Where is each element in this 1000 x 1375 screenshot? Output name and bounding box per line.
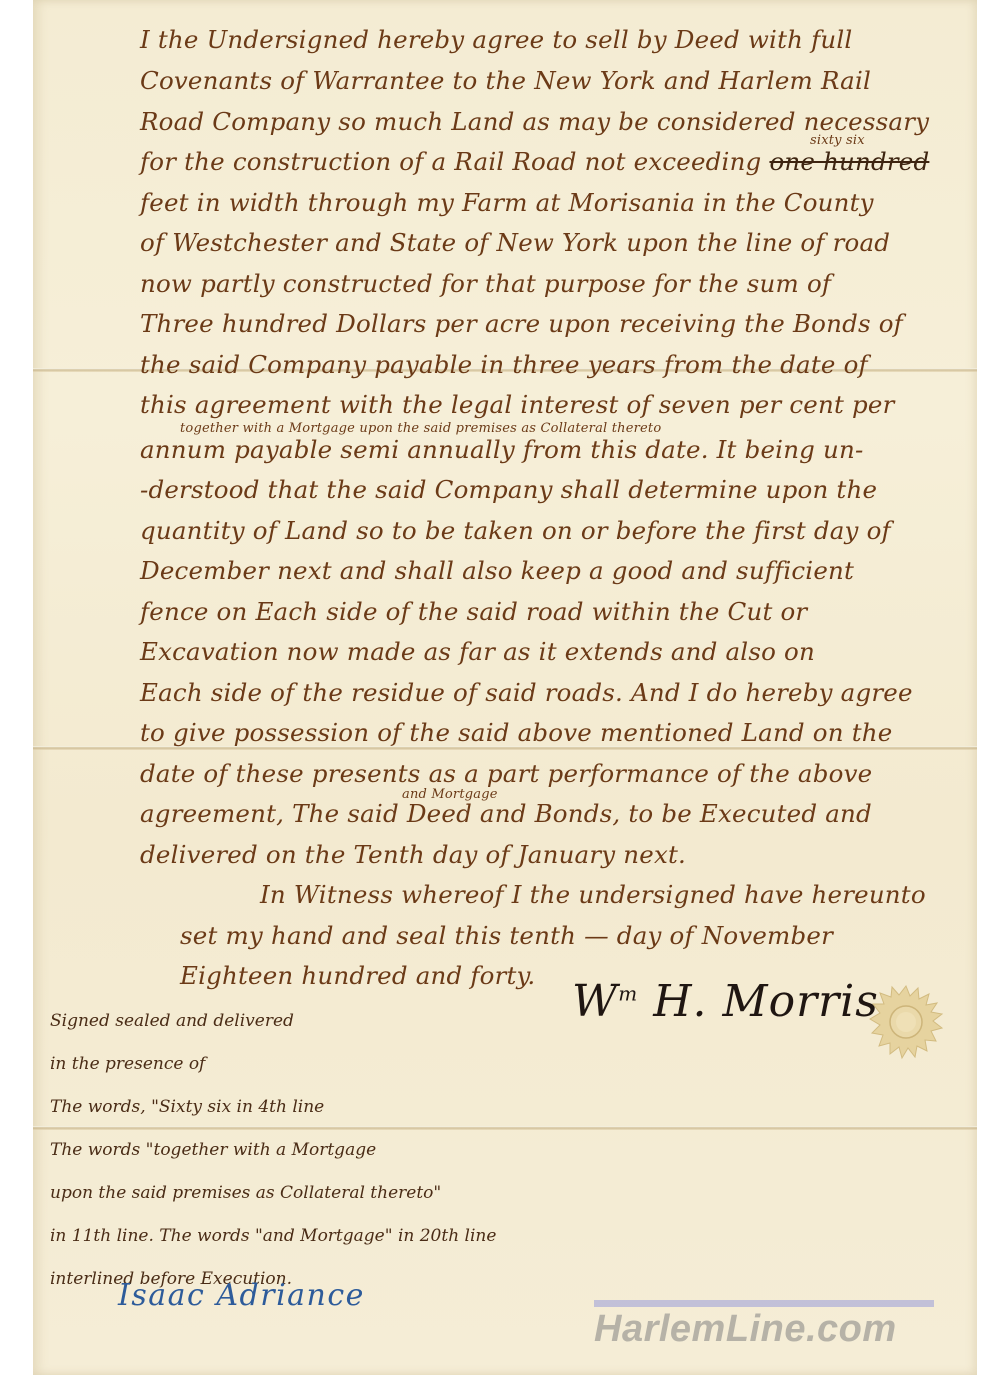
text-line: In Witness whereof I the undersigned hav… <box>140 875 970 916</box>
text-line-part: annum payable semi annually from this da… <box>140 435 863 464</box>
text-line: -derstood that the said Company shall de… <box>140 470 970 511</box>
grantor-signature: Wm H. Morris, <box>572 976 894 1027</box>
interlineation-sixty-six: sixty six <box>810 134 865 148</box>
interlineation-and-mortgage: and Mortgage <box>402 788 498 802</box>
text-line-with-correction: for the construction of a Rail Road not … <box>140 142 970 183</box>
agreement-body: I the Undersigned hereby agree to sell b… <box>140 20 970 997</box>
text-line-part: agreement, The said Deed and Bonds, to b… <box>140 799 872 828</box>
interlineation-mortgage-clause: together with a Mortgage upon the said p… <box>180 422 661 436</box>
signature-sup: m <box>618 981 638 1005</box>
text-line: date of these presents as a part perform… <box>140 754 970 795</box>
witness-attestation: Signed sealed and delivered in the prese… <box>50 1000 610 1301</box>
text-line: fence on Each side of the said road with… <box>140 592 970 633</box>
text-line: set my hand and seal this tenth — day of… <box>140 916 970 957</box>
text-line: I the Undersigned hereby agree to sell b… <box>140 20 970 61</box>
interlineation-note: The words, "Sixty six in 4th line <box>50 1086 610 1129</box>
text-line: Excavation now made as far as it extends… <box>140 632 970 673</box>
wafer-seal-icon <box>868 984 944 1060</box>
text-line: December next and shall also keep a good… <box>140 551 970 592</box>
attestation-line: Signed sealed and delivered <box>50 1000 610 1043</box>
interlineation-note: in 11th line. The words "and Mortgage" i… <box>50 1215 610 1258</box>
text-line: feet in width through my Farm at Morisan… <box>140 183 970 224</box>
text-line-part: for the construction of a Rail Road not … <box>140 147 761 176</box>
site-watermark: HarlemLine.com <box>594 1300 934 1349</box>
text-line: to give possession of the said above men… <box>140 713 970 754</box>
text-line: Each side of the residue of said roads. … <box>140 673 970 714</box>
text-line: now partly constructed for that purpose … <box>140 264 970 305</box>
text-line: delivered on the Tenth day of January ne… <box>140 835 970 876</box>
text-line-with-interlineation: together with a Mortgage upon the said p… <box>140 430 970 471</box>
text-line: of Westchester and State of New York upo… <box>140 223 970 264</box>
watermark-text: HarlemLine.com <box>594 1309 934 1349</box>
interlineation-note: upon the said premises as Collateral the… <box>50 1172 610 1215</box>
attestation-line: in the presence of <box>50 1043 610 1086</box>
text-line-with-interlineation: and Mortgage agreement, The said Deed an… <box>140 794 970 835</box>
text-line: quantity of Land so to be taken on or be… <box>140 511 970 552</box>
interlineation-note: The words "together with a Mortgage <box>50 1129 610 1172</box>
witness-signature: Isaac Adriance <box>118 1278 365 1313</box>
text-line: the said Company payable in three years … <box>140 345 970 386</box>
text-line: this agreement with the legal interest o… <box>140 385 970 426</box>
struck-text: one hundred <box>769 147 929 176</box>
watermark-bar <box>594 1300 934 1307</box>
text-line: Three hundred Dollars per acre upon rece… <box>140 304 970 345</box>
text-line: Covenants of Warrantee to the New York a… <box>140 61 970 102</box>
signature-rest: H. Morris, <box>638 976 894 1027</box>
